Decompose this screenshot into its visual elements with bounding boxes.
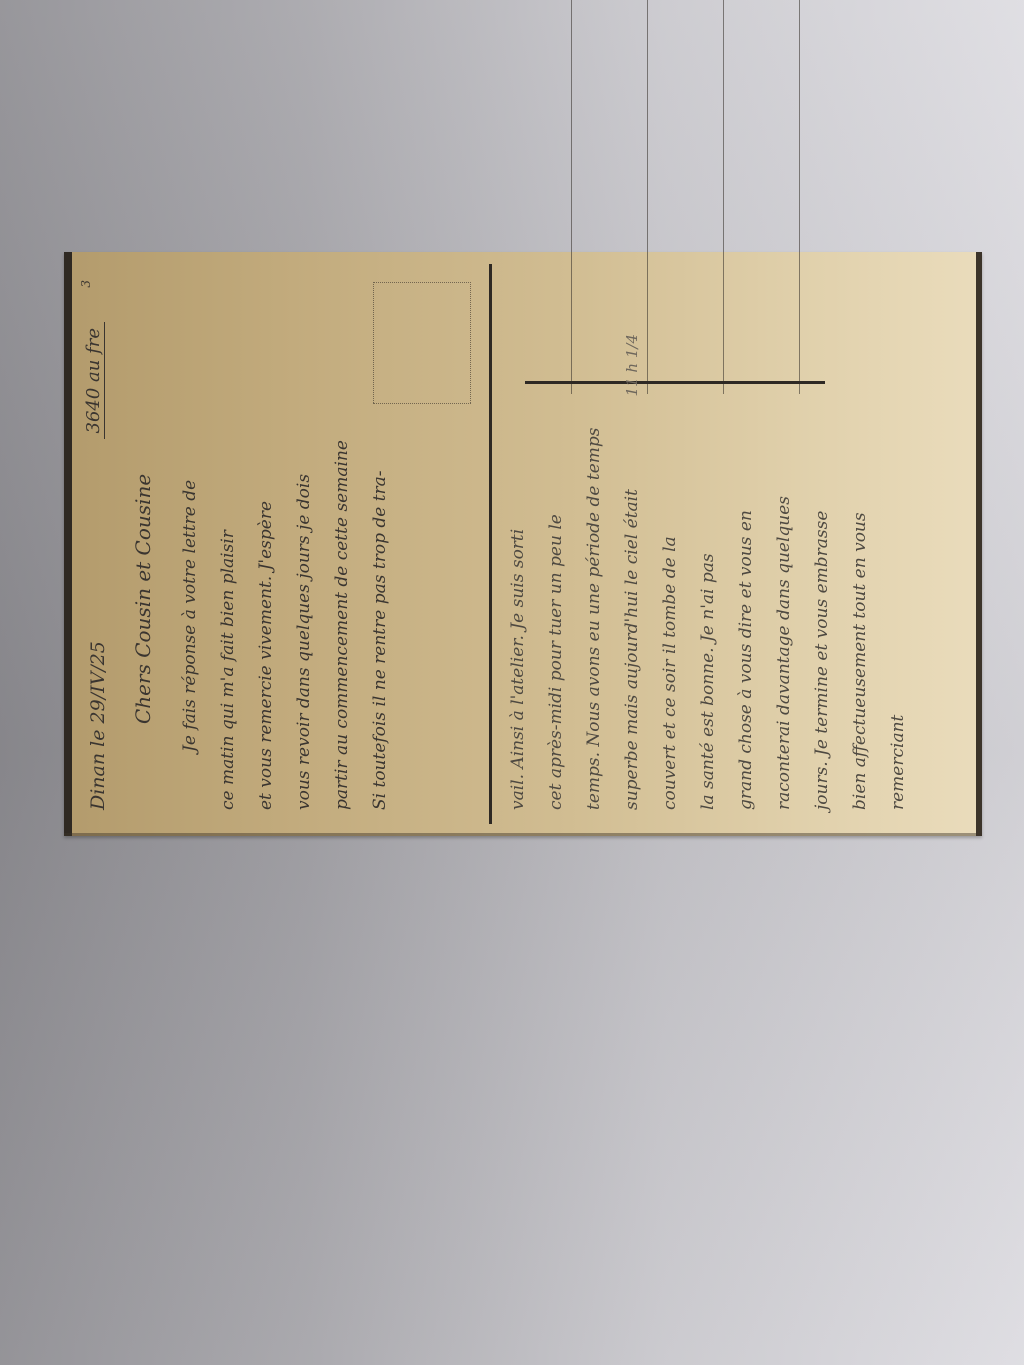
message-line: remerciant [879,0,917,810]
message-line: temps. Nous avons eu une période de temp… [575,0,613,810]
message-left-column: Je fais réponse à votre lettre de ce mat… [171,390,399,810]
postcard-header: Dinan le 29/IV/25 3640 au fre 3 [79,280,119,810]
message-line: et vous remercie vivement. J'espère [247,390,285,810]
stamp-box [373,282,471,404]
message-line: bien affectueusement tout en vous [841,0,879,810]
message-line: vail. Ainsi à l'atelier. Je suis sorti [499,0,537,810]
message-line: la santé est bonne. Je n'ai pas [689,0,727,810]
center-divider-line [489,264,492,824]
message-right-column: vail. Ainsi à l'atelier. Je suis sorti c… [499,0,917,810]
signature-note: 11 h 1/4 [623,334,641,396]
address-rule [799,0,800,394]
message-line: vous revoir dans quelques jours je dois [285,390,323,810]
message-line: ce matin qui m'a fait bien plaisir [209,390,247,810]
address-rule [571,0,572,394]
message-line: grand chose à vous dire et vous en [727,0,765,810]
message-line: Si toutefois il ne rentre pas trop de tr… [361,390,399,810]
message-line: couvert et ce soir il tombe de la [651,0,689,810]
message-line: superbe mais aujourd'hui le ciel était [613,0,651,810]
message-line: partir au commencement de cette semaine [323,390,361,810]
postcard: Dinan le 29/IV/25 3640 au fre 3 Chers Co… [64,252,982,836]
address-divider-bar [525,381,825,384]
greeting: Chers Cousin et Cousine [131,474,155,724]
corner-mark: 3 [79,280,93,288]
address-rule [723,0,724,394]
reference-number: 3640 au fre [83,322,105,440]
postcard-writing-surface: Dinan le 29/IV/25 3640 au fre 3 Chers Co… [73,264,973,824]
place-and-date: Dinan le 29/IV/25 [87,641,109,810]
address-rule [647,0,648,394]
message-line: raconterai davantage dans quelques [765,0,803,810]
message-line: Je fais réponse à votre lettre de [171,390,209,810]
message-line: jours. Je termine et vous embrasse [803,0,841,810]
message-line: cet après-midi pour tuer un peu le [537,0,575,810]
